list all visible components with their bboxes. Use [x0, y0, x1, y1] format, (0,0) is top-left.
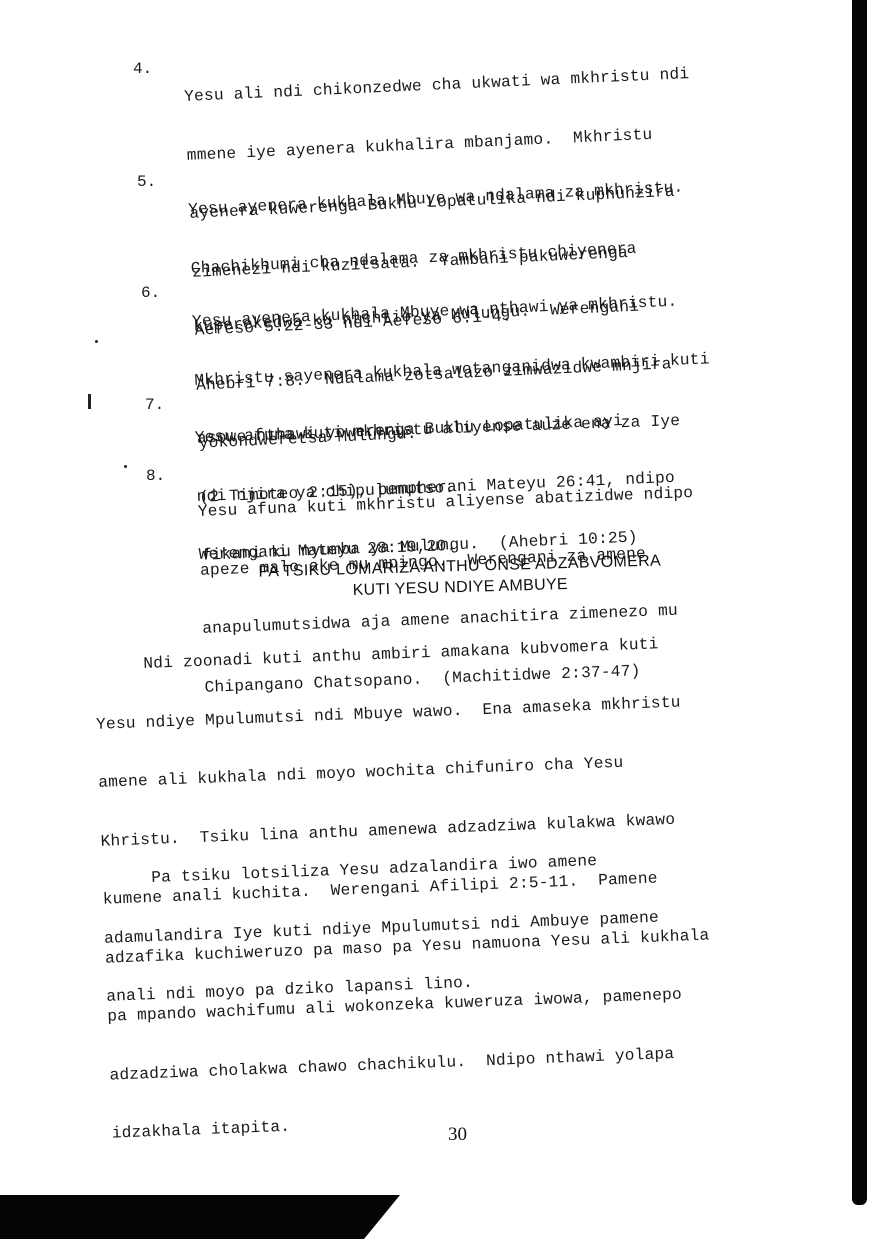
- text-line: Pa tsiku lotsiliza Yesu adzalandira iwo …: [101, 850, 657, 891]
- text-line: Yesu afuna kuti mkhristu aliyense abatiz…: [197, 484, 693, 523]
- text-line: idzakhala itapita.: [111, 1101, 716, 1144]
- scan-mark: [88, 394, 91, 409]
- text-line: adamulandira Iye kuti ndiye Mpulumutsi n…: [104, 908, 660, 949]
- text-line: amene ali kukhala ndi moyo wochita chifu…: [98, 751, 703, 794]
- scan-edge-shadow-right: [852, 0, 867, 1205]
- item-number: 5.: [137, 173, 156, 191]
- text-line: Yesu ayenera kukhala Mbuye wa ndalama za…: [188, 178, 684, 220]
- scan-speck: [95, 340, 98, 343]
- scan-speck: [124, 465, 127, 468]
- text-line: anali ndi moyo pa dziko lapansi lino.: [106, 967, 662, 1008]
- item-number: 7.: [145, 396, 164, 414]
- scanned-page: 4. Yesu ali ndi chikonzedwe cha ukwati w…: [0, 0, 872, 1239]
- page-number: 30: [448, 1124, 467, 1146]
- text-line: Ndi zoonadi kuti anthu ambiri amakana ku…: [93, 634, 698, 677]
- text-line: Yesu ayenera kukhala Mbuye wa nthawi ya …: [192, 291, 708, 332]
- item-number: 4.: [133, 60, 152, 78]
- item-number: 8.: [146, 467, 165, 485]
- text-line: adzadziwa cholakwa chawo chachikulu. Ndi…: [109, 1043, 714, 1086]
- scan-edge-shadow-bottom: [0, 1195, 400, 1239]
- text-line: Yesu ndiye Mpulumutsi ndi Mbuye wawo. En…: [96, 692, 701, 735]
- text-line: Yesu afuna kuti mkhristu aliyense auze e…: [194, 412, 680, 448]
- item-number: 6.: [141, 284, 160, 302]
- text-line: Yesu ali ndi chikonzedwe cha ukwati wa m…: [184, 65, 690, 107]
- body-paragraph: Pa tsiku lotsiliza Yesu adzalandira iwo …: [100, 811, 663, 1047]
